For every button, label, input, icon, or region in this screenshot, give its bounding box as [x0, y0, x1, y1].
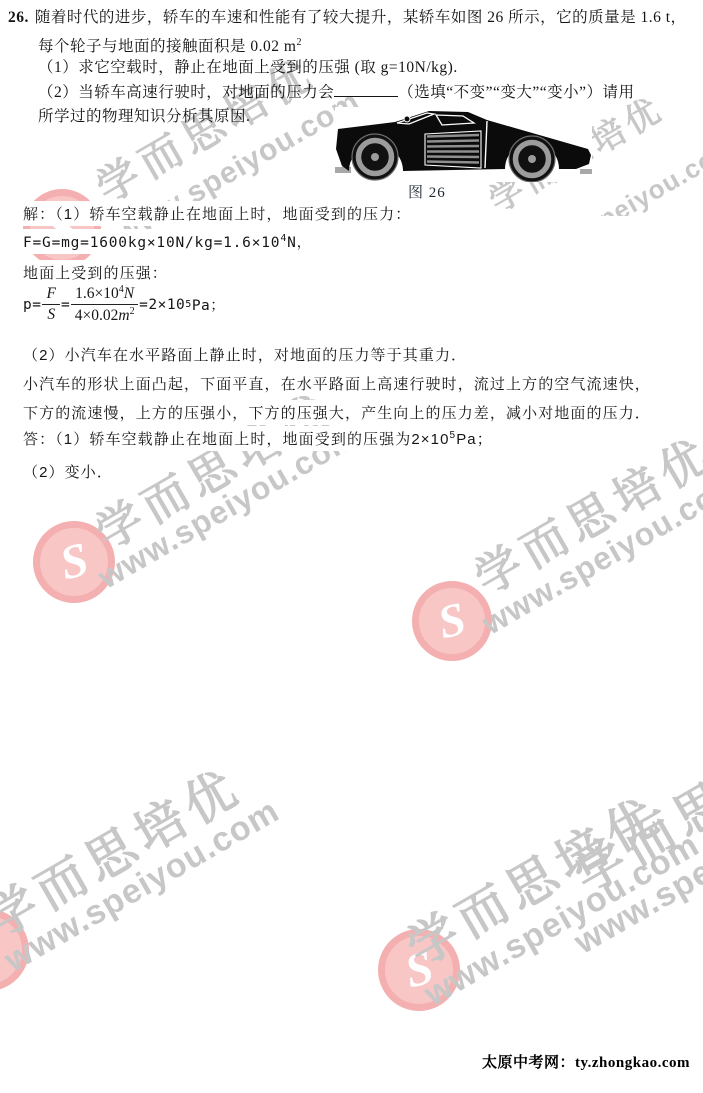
- fraction-numerator: 1.6×104N: [71, 284, 138, 305]
- logo-s-glyph: S: [55, 535, 93, 588]
- question-item-2: （2）当轿车高速行驶时，对地面的压力会（选填“不变”“变大”“变小”）请用: [38, 83, 635, 103]
- rear-wheel: [509, 136, 555, 182]
- question-text: （2）当轿车高速行驶时，对地面的压力会: [38, 84, 334, 101]
- solution-formula-force: F=G=mg=1600kg×10N/kg=1.6×104N，: [18, 229, 317, 254]
- front-wheel: [352, 134, 398, 180]
- formula-text: =: [61, 297, 70, 313]
- exam-page: S 学而思培优 www.speiyou.com 学而思培优 www.speiyo…: [0, 0, 703, 1093]
- formula-text: N，: [287, 235, 312, 251]
- question-item-1: （1）求它空载时，静止在地面上受到的压强 (取 g=10N/kg).: [38, 58, 458, 78]
- question-number: 26.: [8, 9, 29, 26]
- formula-text: p=: [23, 297, 41, 313]
- formula-text: =2×10: [139, 297, 185, 313]
- fraction-numerator: F: [42, 285, 59, 305]
- solution-formula-pressure: p= F S = 1.6×104N 4×0.02m2 =2×105Pa；: [18, 282, 230, 327]
- question-text: （选填“不变”“变大”“变小”）请用: [398, 84, 634, 101]
- solution-answer-1: 答：（1）轿车空载静止在地面上时，地面受到的压强为2×105Pa；: [18, 426, 498, 451]
- solution-step-5: 下方的流速慢，上方的压强小，下方的压强大，产生向上的压力差，减小对地面的压力．: [18, 400, 656, 425]
- car-illustration: [335, 107, 592, 182]
- superscript: 2: [296, 37, 302, 48]
- formula-text: Pa；: [192, 294, 225, 315]
- fraction-denominator: 4×0.02m2: [75, 305, 135, 325]
- figure-caption: 图 26: [408, 181, 446, 202]
- solution-answer-2: （2）变小．: [18, 459, 118, 484]
- side-mirror: [404, 116, 410, 122]
- solution-step-4: 小汽车的形状上面凸起，下面平直，在水平路面上高速行驶时，流过上方的空气流速快，: [18, 371, 656, 396]
- solution-step-3: （2）小汽车在水平路面上静止时，对地面的压力等于其重力．: [18, 342, 472, 367]
- formula-text: F=G=mg=1600kg×10N/kg=1.6×10: [23, 235, 280, 251]
- answer-text: 答：（1）轿车空载静止在地面上时，地面受到的压强为2×10: [23, 431, 450, 448]
- rear-shadow: [580, 169, 592, 174]
- question-line-2: 每个轮子与地面的接触面积是 0.02 m2: [38, 33, 302, 57]
- fill-in-blank: [334, 83, 398, 97]
- answer-text: Pa；: [456, 431, 493, 448]
- question-text: 每个轮子与地面的接触面积是 0.02 m: [38, 38, 296, 55]
- solution-step-1: 解：（1）轿车空载静止在地面上时，地面受到的压力：: [18, 201, 416, 226]
- question-item-2-cont: 所学过的物理知识分析其原因.: [38, 107, 250, 127]
- fraction-values: 1.6×104N 4×0.02m2: [71, 284, 138, 325]
- logo-s-glyph: S: [434, 595, 471, 647]
- fraction-denominator: S: [47, 305, 55, 324]
- fraction-F-over-S: F S: [42, 285, 59, 324]
- footer-site-credit: 太原中考网：ty.zhongkao.com: [0, 1051, 690, 1072]
- question-text: 随着时代的进步，轿车的车速和性能有了较大提升，某轿车如图 26 所示，它的质量是…: [35, 9, 687, 26]
- speiyou-logo-icon: S: [412, 581, 492, 661]
- question-line-1: 26.随着时代的进步，轿车的车速和性能有了较大提升，某轿车如图 26 所示，它的…: [8, 8, 687, 28]
- car-figure: [335, 107, 592, 182]
